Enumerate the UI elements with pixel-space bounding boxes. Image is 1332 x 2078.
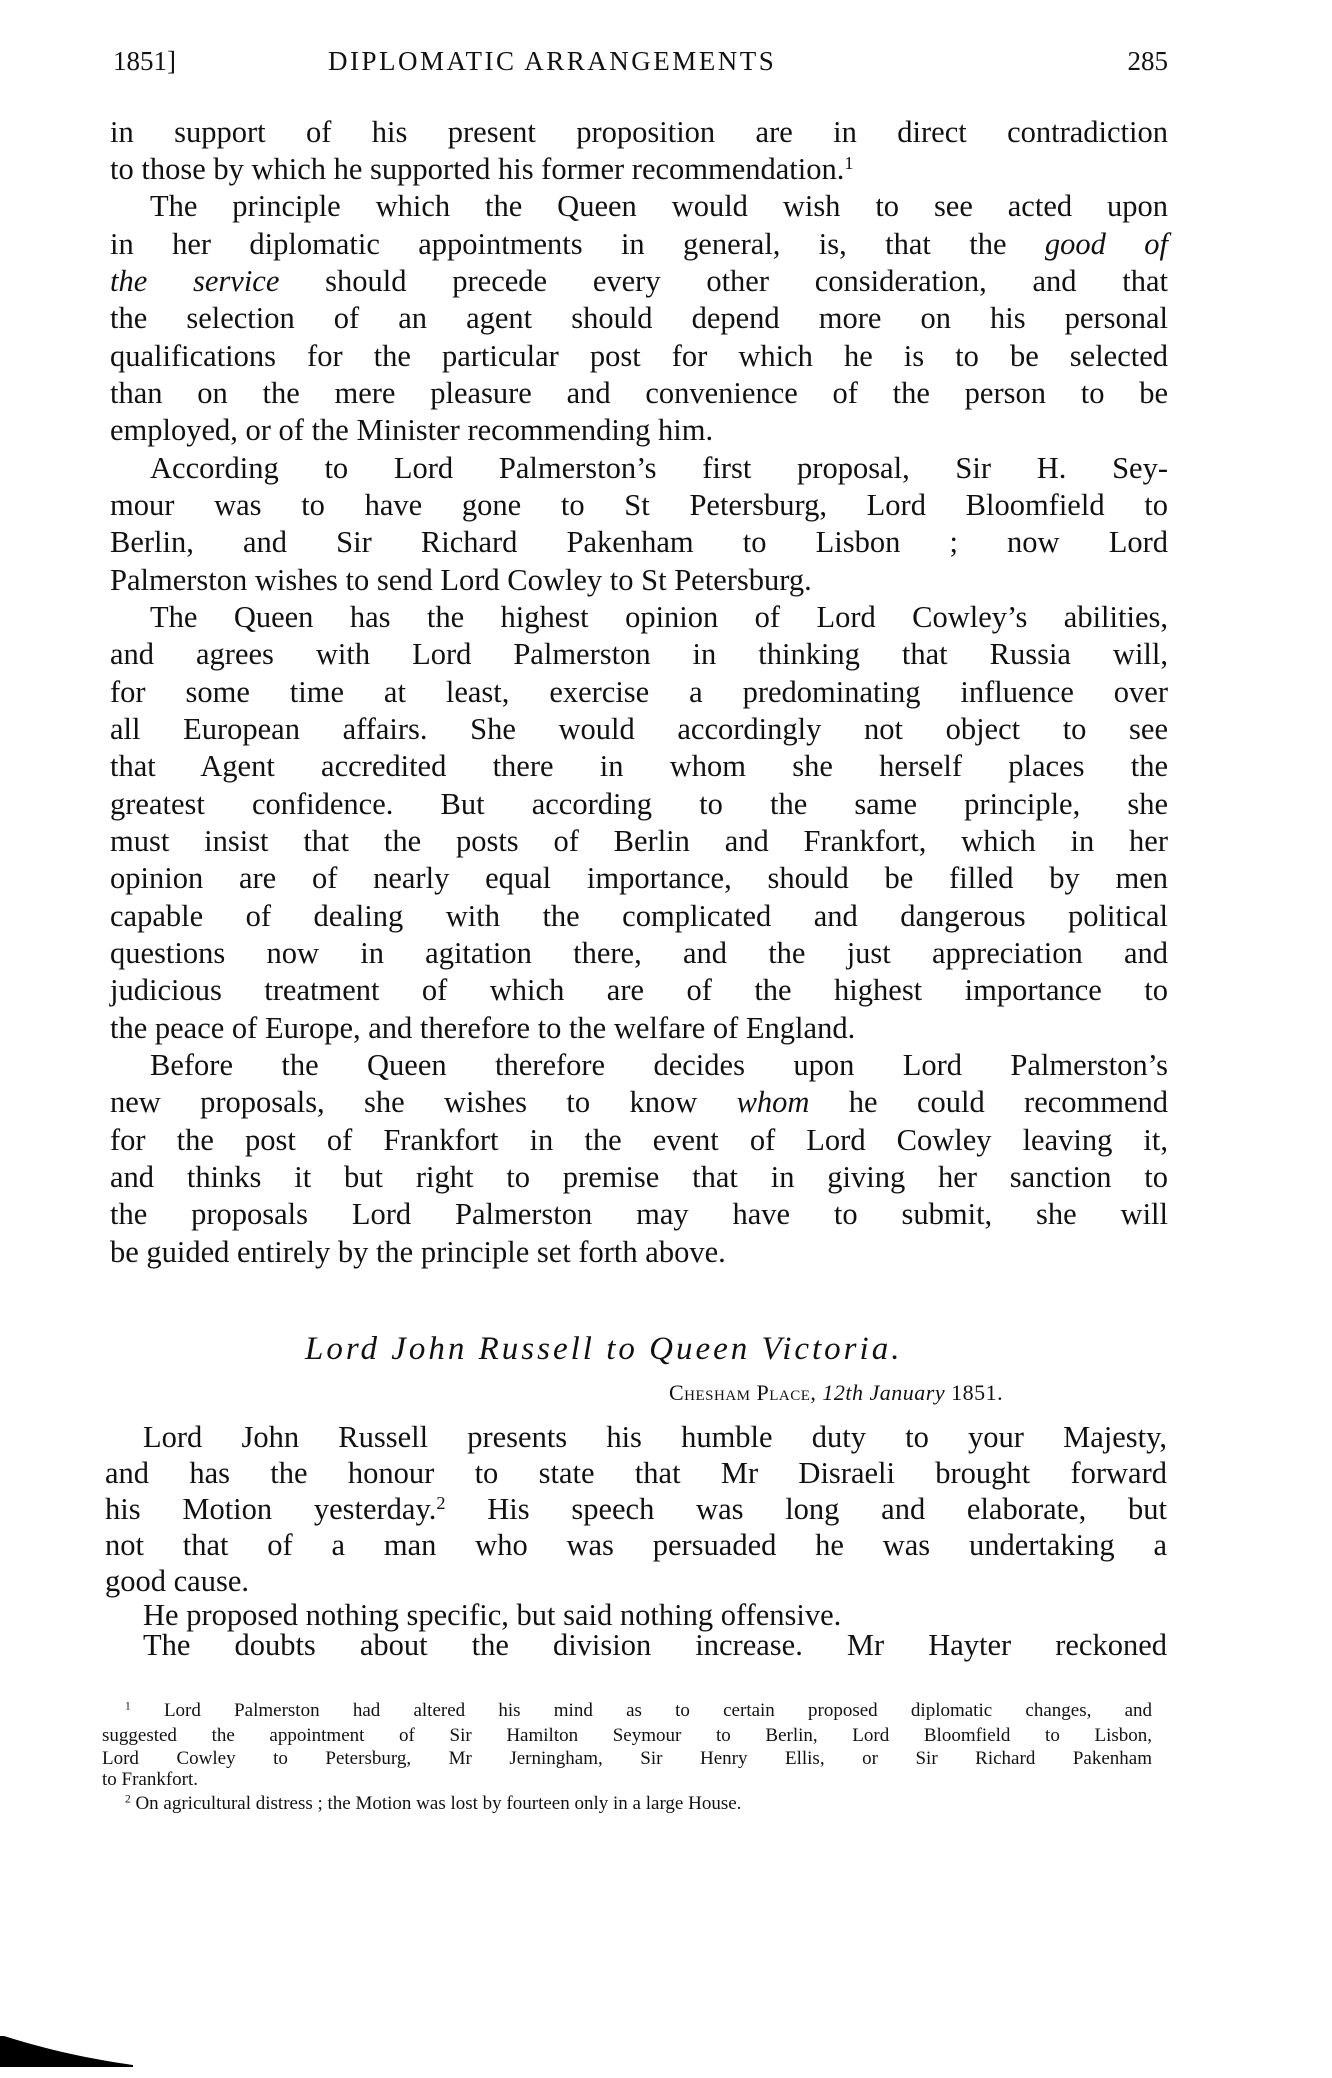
text-line: the peace of Europe, and therefore to th…	[110, 1013, 1168, 1044]
text-line: mour was to have gone to St Petersburg, …	[110, 490, 1168, 521]
dateline-place: Chesham Place,	[669, 1380, 816, 1405]
letter-dateline: Chesham Place, 12th January 1851.	[669, 1382, 1003, 1404]
text-line: According to Lord Palmerston’s first pro…	[150, 453, 1168, 484]
text-line: not that of a man who was persuaded he w…	[105, 1530, 1167, 1561]
text-line: the service should precede every other c…	[110, 266, 1168, 297]
text-line: new proposals, she wishes to know whom h…	[110, 1087, 1168, 1118]
text-line: employed, or of the Minister recommendin…	[110, 415, 1168, 446]
dateline-day: 12th	[822, 1380, 863, 1405]
text-line: than on the mere pleasure and convenienc…	[110, 378, 1168, 409]
text-line: greatest confidence. But according to th…	[110, 789, 1168, 820]
text-span: His speech was long and elaborate, but	[446, 1492, 1167, 1526]
dateline-year: 1851.	[951, 1380, 1003, 1405]
text-line: The principle which the Queen would wish…	[150, 191, 1168, 222]
text-span: in her diplomatic appointments in genera…	[110, 227, 1045, 261]
text-span: his Motion yesterday.	[105, 1492, 436, 1526]
book-page: 1851] DIPLOMATIC ARRANGEMENTS 285 in sup…	[0, 0, 1332, 2078]
text-line: questions now in agitation there, and th…	[110, 938, 1168, 969]
footnote-line: 2 On agricultural distress ; the Motion …	[125, 1794, 1152, 1813]
text-line: Before the Queen therefore decides upon …	[150, 1050, 1168, 1081]
footnote-marker: 2	[125, 1794, 131, 1806]
italic-text: good of	[1045, 227, 1168, 261]
text-line: and thinks it but right to premise that …	[110, 1162, 1168, 1193]
page-number: 285	[1128, 48, 1169, 75]
text-line: for the post of Frankfort in the event o…	[110, 1125, 1168, 1156]
text-line: be guided entirely by the principle set …	[110, 1237, 1168, 1268]
text-line: must insist that the posts of Berlin and…	[110, 826, 1168, 857]
running-header-year: 1851]	[113, 48, 176, 75]
text-line: judicious treatment of which are of the …	[110, 975, 1168, 1006]
dateline-month: January	[870, 1380, 946, 1405]
text-line: to those by which he supported his forme…	[110, 154, 1168, 185]
scan-edge-shadow-icon	[0, 2036, 133, 2067]
text-line: qualifications for the particular post f…	[110, 341, 1168, 372]
text-span: Lord Palmerston had altered his mind as …	[164, 1700, 1152, 1721]
text-line: the proposals Lord Palmerston may have t…	[110, 1199, 1168, 1230]
footnote-marker: 1	[125, 1701, 131, 1713]
text-span: new proposals, she wishes to know	[110, 1085, 737, 1119]
text-line: in her diplomatic appointments in genera…	[110, 229, 1168, 260]
text-line: The Queen has the highest opinion of Lor…	[150, 602, 1168, 633]
text-line: capable of dealing with the complicated …	[110, 901, 1168, 932]
text-line: the selection of an agent should depend …	[110, 303, 1168, 334]
text-line: and has the honour to state that Mr Disr…	[105, 1458, 1167, 1489]
letter-heading: Lord John Russell to Queen Victoria.	[305, 1333, 902, 1366]
text-span: to those by which he supported his forme…	[110, 152, 844, 186]
italic-text: whom	[737, 1085, 810, 1119]
footnote-ref: 2	[436, 1493, 445, 1513]
footnote-line: 1 Lord Palmerston had altered his mind a…	[125, 1701, 1152, 1720]
text-line: for some time at least, exercise a predo…	[110, 677, 1168, 708]
text-line: all European affairs. She would accordin…	[110, 714, 1168, 745]
footnote-ref: 1	[844, 153, 853, 173]
text-line: Palmerston wishes to send Lord Cowley to…	[110, 565, 1168, 596]
footnote-line: suggested the appointment of Sir Hamilto…	[102, 1726, 1152, 1745]
text-span: he could recommend	[809, 1085, 1168, 1119]
text-span: should precede every other consideration…	[325, 264, 1168, 298]
running-header-title: DIPLOMATIC ARRANGEMENTS	[328, 48, 776, 75]
text-line: in support of his present proposition ar…	[110, 117, 1168, 148]
text-line: and agrees with Lord Palmerston in think…	[110, 639, 1168, 670]
text-line: Lord John Russell presents his humble du…	[143, 1422, 1167, 1453]
text-span: On agricultural distress ; the Motion wa…	[135, 1793, 741, 1814]
text-line: good cause.	[105, 1566, 1167, 1597]
text-line: Berlin, and Sir Richard Pakenham to Lisb…	[110, 527, 1168, 558]
text-line: opinion are of nearly equal importance, …	[110, 863, 1168, 894]
footnote-line: to Frankfort.	[102, 1770, 1152, 1789]
text-line: He proposed nothing specific, but said n…	[143, 1600, 1167, 1631]
footnote-line: Lord Cowley to Petersburg, Mr Jerningham…	[102, 1749, 1152, 1768]
text-line: that Agent accredited there in whom she …	[110, 751, 1168, 782]
italic-text: the service	[110, 264, 279, 298]
text-line: his Motion yesterday.2 His speech was lo…	[105, 1494, 1167, 1525]
text-line: The doubts about the division increase. …	[143, 1630, 1167, 1661]
